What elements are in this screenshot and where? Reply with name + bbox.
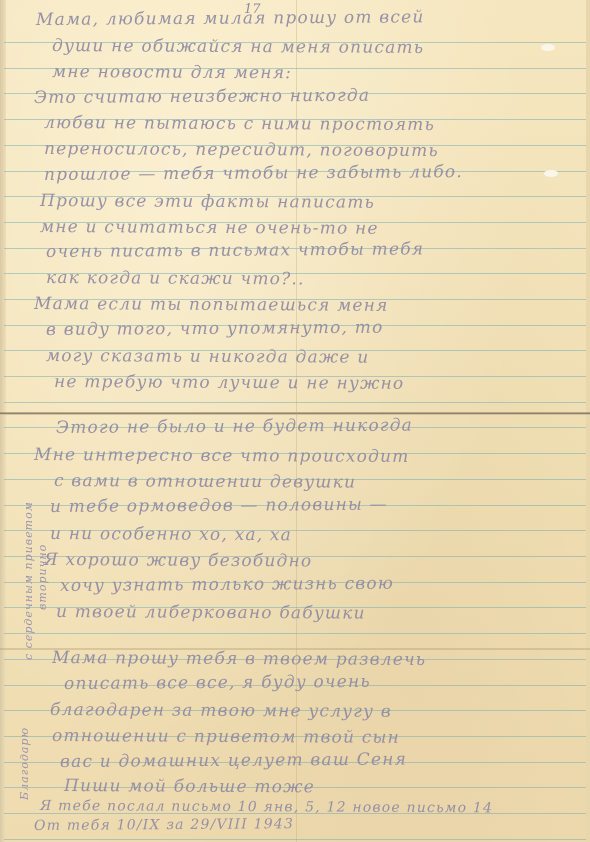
margin-note: с сердечным приветом: [22, 501, 35, 660]
margin-note: вторично: [36, 544, 49, 610]
handwritten-line: Прошу все эти факты написать: [40, 191, 375, 213]
handwritten-line: хочу узнать только жизнь свою: [60, 574, 394, 596]
handwritten-line: и твоей либерковано бабушки: [56, 602, 366, 624]
handwritten-line: От тебя 10/IX за 29/VIII 1943: [34, 816, 294, 834]
paper-tear: [544, 170, 558, 177]
margin-note: Благодарю: [18, 727, 31, 800]
handwritten-line: прошлое — тебя чтобы не забыть либо.: [44, 162, 463, 185]
handwritten-line: Мама, любимая милая прошу от всей: [36, 7, 425, 30]
paper-tear: [541, 44, 555, 51]
paper-edge-left: [0, 0, 6, 842]
handwritten-line: Пиши мой больше тоже: [64, 776, 315, 797]
handwritten-line: вас и домашних целует ваш Сеня: [60, 750, 407, 772]
handwritten-line: переносилось, пересидит, поговорить: [44, 139, 439, 161]
handwritten-line: Я хорошо живу безобидно: [44, 550, 312, 571]
handwritten-line: могу сказать и никогда даже и: [46, 346, 370, 368]
handwritten-line: любви не пытаюсь с ними простоять: [44, 113, 435, 135]
handwritten-line: отношении с приветом твой сын: [52, 726, 400, 748]
ruled-line: [4, 839, 586, 840]
handwritten-line: и ни особенно хо, ха, ха: [50, 524, 292, 545]
handwritten-line: Этого не было и не будет никогда: [56, 416, 413, 438]
handwritten-line: Мама если ты попытаешься меня: [34, 294, 389, 316]
handwritten-line: Мама прошу тебя в твоем развлечь: [52, 648, 426, 670]
handwritten-line: души не обижайся на меня описать: [52, 36, 424, 58]
handwritten-line: мне и считаться не очень-то не: [40, 217, 379, 239]
ruled-line: [4, 633, 586, 634]
ruled-line: [4, 402, 586, 403]
handwritten-line: Я тебе послал письмо 10 янв, 5, 12 новое…: [40, 798, 493, 816]
fold-crease: [0, 412, 590, 415]
paper-edge-right: [586, 0, 590, 842]
handwritten-line: Мне интересно все что происходит: [34, 445, 410, 467]
handwritten-line: не требую что лучше и не нужно: [54, 372, 404, 394]
handwritten-line: Это считаю неизбежно никогда: [34, 86, 370, 108]
handwritten-line: благодарен за твою мне услугу в: [50, 700, 392, 722]
handwritten-line: и тебе ормоведов — половины —: [50, 495, 388, 517]
handwritten-line: очень писать в письмах чтобы тебя: [46, 239, 424, 262]
letter-page: 17 Мама, любимая милая прошу от всейдуши…: [0, 0, 590, 842]
handwritten-line: в виду того, что упомянуто, то: [46, 318, 384, 340]
handwritten-line: описать все все, я буду очень: [64, 672, 371, 694]
handwritten-line: мне новости для меня:: [52, 62, 292, 83]
handwritten-line: как когда и скажи что?..: [46, 268, 305, 289]
handwritten-line: с вами в отношении девушки: [54, 471, 356, 493]
